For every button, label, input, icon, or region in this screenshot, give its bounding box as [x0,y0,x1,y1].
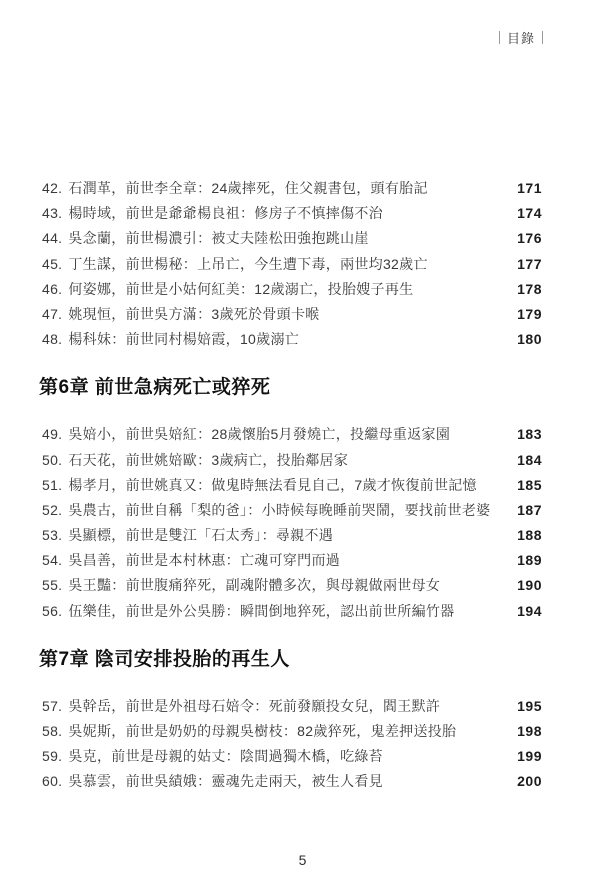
entry-page: 178 [517,281,542,297]
entry-number: 43. [42,205,62,221]
toc-entry: 42. 石潤革，前世李全章：24歲摔死，住父親書包，頭有胎記 171 [42,178,542,203]
toc-list: 42. 石潤革，前世李全章：24歲摔死，住父親書包，頭有胎記 171 43. 楊… [0,0,605,797]
entry-page: 180 [517,331,542,347]
entry-number: 44. [42,230,62,246]
toc-entry: 49. 吳婄小，前世吳婄紅：28歲懷胎5月發燒亡，投繼母重返家園 183 [42,424,542,449]
entry-number: 52. [42,502,62,518]
header-bar-left [499,31,500,44]
entry-text: 楊科妹：前世同村楊婄霞，10歲溺亡 [68,329,503,349]
entry-text: 石潤革，前世李全章：24歲摔死，住父親書包，頭有胎記 [68,178,503,198]
entry-text: 何姿娜，前世是小姑何紅美：12歲溺亡，投胎嫂子再生 [68,279,503,299]
entry-text: 吳幹岳，前世是外祖母石婄令：死前發願投女兒，閻王默許 [68,696,503,716]
entry-number: 45. [42,256,62,272]
toc-entry: 55. 吳王豔：前世腹痛猝死，副魂附體多次，與母親做兩世母女 190 [42,575,542,600]
chapter-title: 第6章 前世急病死亡或猝死 [39,374,542,402]
toc-entry: 48. 楊科妹：前世同村楊婄霞，10歲溺亡 180 [42,329,542,354]
entry-page: 200 [517,773,542,789]
entry-number: 50. [42,452,62,468]
entry-page: 184 [517,452,542,468]
toc-entry: 52. 吳農古，前世自稱「梨的爸」：小時候每晚睡前哭鬧，要找前世老婆 187 [42,500,542,525]
entry-number: 55. [42,577,62,593]
entry-text: 吳念蘭，前世楊濃引：被丈夫陸松田強抱跳山崖 [68,228,503,248]
toc-entry: 47. 姚現恒，前世吳方滿：3歲死於骨頭卡喉 179 [42,304,542,329]
entry-text: 姚現恒，前世吳方滿：3歲死於骨頭卡喉 [68,304,503,324]
toc-entry: 56. 伍樂佳，前世是外公吳勝：瞬間倒地猝死，認出前世所編竹器 194 [42,601,542,626]
toc-entry: 51. 楊孝月，前世姚真又：做鬼時無法看見自己，7歲才恢復前世記憶 185 [42,475,542,500]
entry-number: 46. [42,281,62,297]
entry-number: 58. [42,723,62,739]
entry-text: 楊孝月，前世姚真又：做鬼時無法看見自己，7歲才恢復前世記憶 [68,475,503,495]
toc-entry: 53. 吳顯標，前世是雙江「石太秀」：尋親不遇 188 [42,525,542,550]
entry-page: 189 [517,552,542,568]
toc-entry: 58. 吳妮斯，前世是奶奶的母親吳樹枝：82歲猝死，鬼差押送投胎 198 [42,721,542,746]
chapter-title: 第7章 陰司安排投胎的再生人 [39,646,542,674]
entry-page: 187 [517,502,542,518]
entry-text: 吳昌善，前世是本村林惠：亡魂可穿門而過 [68,550,503,570]
entry-number: 51. [42,477,62,493]
entry-page: 171 [517,180,542,196]
entry-text: 吳克，前世是母親的姑丈：陰間過獨木橋，吃綠苔 [68,746,503,766]
entry-text: 楊時域，前世是爺爺楊良祖：修房子不慎摔傷不治 [68,203,503,223]
entry-text: 吳顯標，前世是雙江「石太秀」：尋親不遇 [68,525,503,545]
entry-page: 185 [517,477,542,493]
entry-text: 丁生謀，前世楊秘：上吊亡，今生遭下毒，兩世均32歲亡 [68,254,503,274]
entry-text: 吳婄小，前世吳婄紅：28歲懷胎5月發燒亡，投繼母重返家園 [68,424,503,444]
entry-page: 194 [517,603,542,619]
toc-entry: 57. 吳幹岳，前世是外祖母石婄令：死前發願投女兒，閻王默許 195 [42,696,542,721]
toc-entry: 54. 吳昌善，前世是本村林惠：亡魂可穿門而過 189 [42,550,542,575]
header-bar-right [542,31,543,44]
entry-text: 吳王豔：前世腹痛猝死，副魂附體多次，與母親做兩世母女 [68,575,503,595]
entry-page: 183 [517,426,542,442]
entry-page: 199 [517,748,542,764]
entry-page: 198 [517,723,542,739]
entry-number: 42. [42,180,62,196]
entry-text: 吳妮斯，前世是奶奶的母親吳樹枝：82歲猝死，鬼差押送投胎 [68,721,503,741]
document-page: 目錄 42. 石潤革，前世李全章：24歲摔死，住父親書包，頭有胎記 171 43… [0,0,605,896]
entry-page: 195 [517,698,542,714]
toc-entry: 50. 石天花，前世姚婄歐：3歲病亡，投胎鄰居家 184 [42,450,542,475]
entry-text: 伍樂佳，前世是外公吳勝：瞬間倒地猝死，認出前世所編竹器 [68,601,503,621]
entry-page: 188 [517,527,542,543]
toc-entry: 59. 吳克，前世是母親的姑丈：陰間過獨木橋，吃綠苔 199 [42,746,542,771]
footer-page-number: 5 [0,852,605,868]
header-label: 目錄 [507,28,535,47]
toc-entry: 60. 吳慕雲，前世吳績娥：靈魂先走兩天，被生人看見 200 [42,771,542,796]
page-corner-label: 目錄 [499,28,543,47]
toc-entry: 44. 吳念蘭，前世楊濃引：被丈夫陸松田強抱跳山崖 176 [42,228,542,253]
entry-number: 56. [42,603,62,619]
entry-text: 石天花，前世姚婄歐：3歲病亡，投胎鄰居家 [68,450,503,470]
entry-text: 吳農古，前世自稱「梨的爸」：小時候每晚睡前哭鬧，要找前世老婆 [68,500,503,520]
entry-number: 54. [42,552,62,568]
entry-number: 60. [42,773,62,789]
entry-number: 53. [42,527,62,543]
entry-page: 176 [517,230,542,246]
entry-number: 48. [42,331,62,347]
entry-number: 49. [42,426,62,442]
toc-entry: 45. 丁生謀，前世楊秘：上吊亡，今生遭下毒，兩世均32歲亡 177 [42,254,542,279]
entry-page: 174 [517,205,542,221]
toc-entry: 43. 楊時域，前世是爺爺楊良祖：修房子不慎摔傷不治 174 [42,203,542,228]
entry-number: 57. [42,698,62,714]
entry-number: 47. [42,306,62,322]
entry-page: 190 [517,577,542,593]
entry-page: 179 [517,306,542,322]
entry-page: 177 [517,256,542,272]
entry-text: 吳慕雲，前世吳績娥：靈魂先走兩天，被生人看見 [68,771,503,791]
entry-number: 59. [42,748,62,764]
toc-entry: 46. 何姿娜，前世是小姑何紅美：12歲溺亡，投胎嫂子再生 178 [42,279,542,304]
